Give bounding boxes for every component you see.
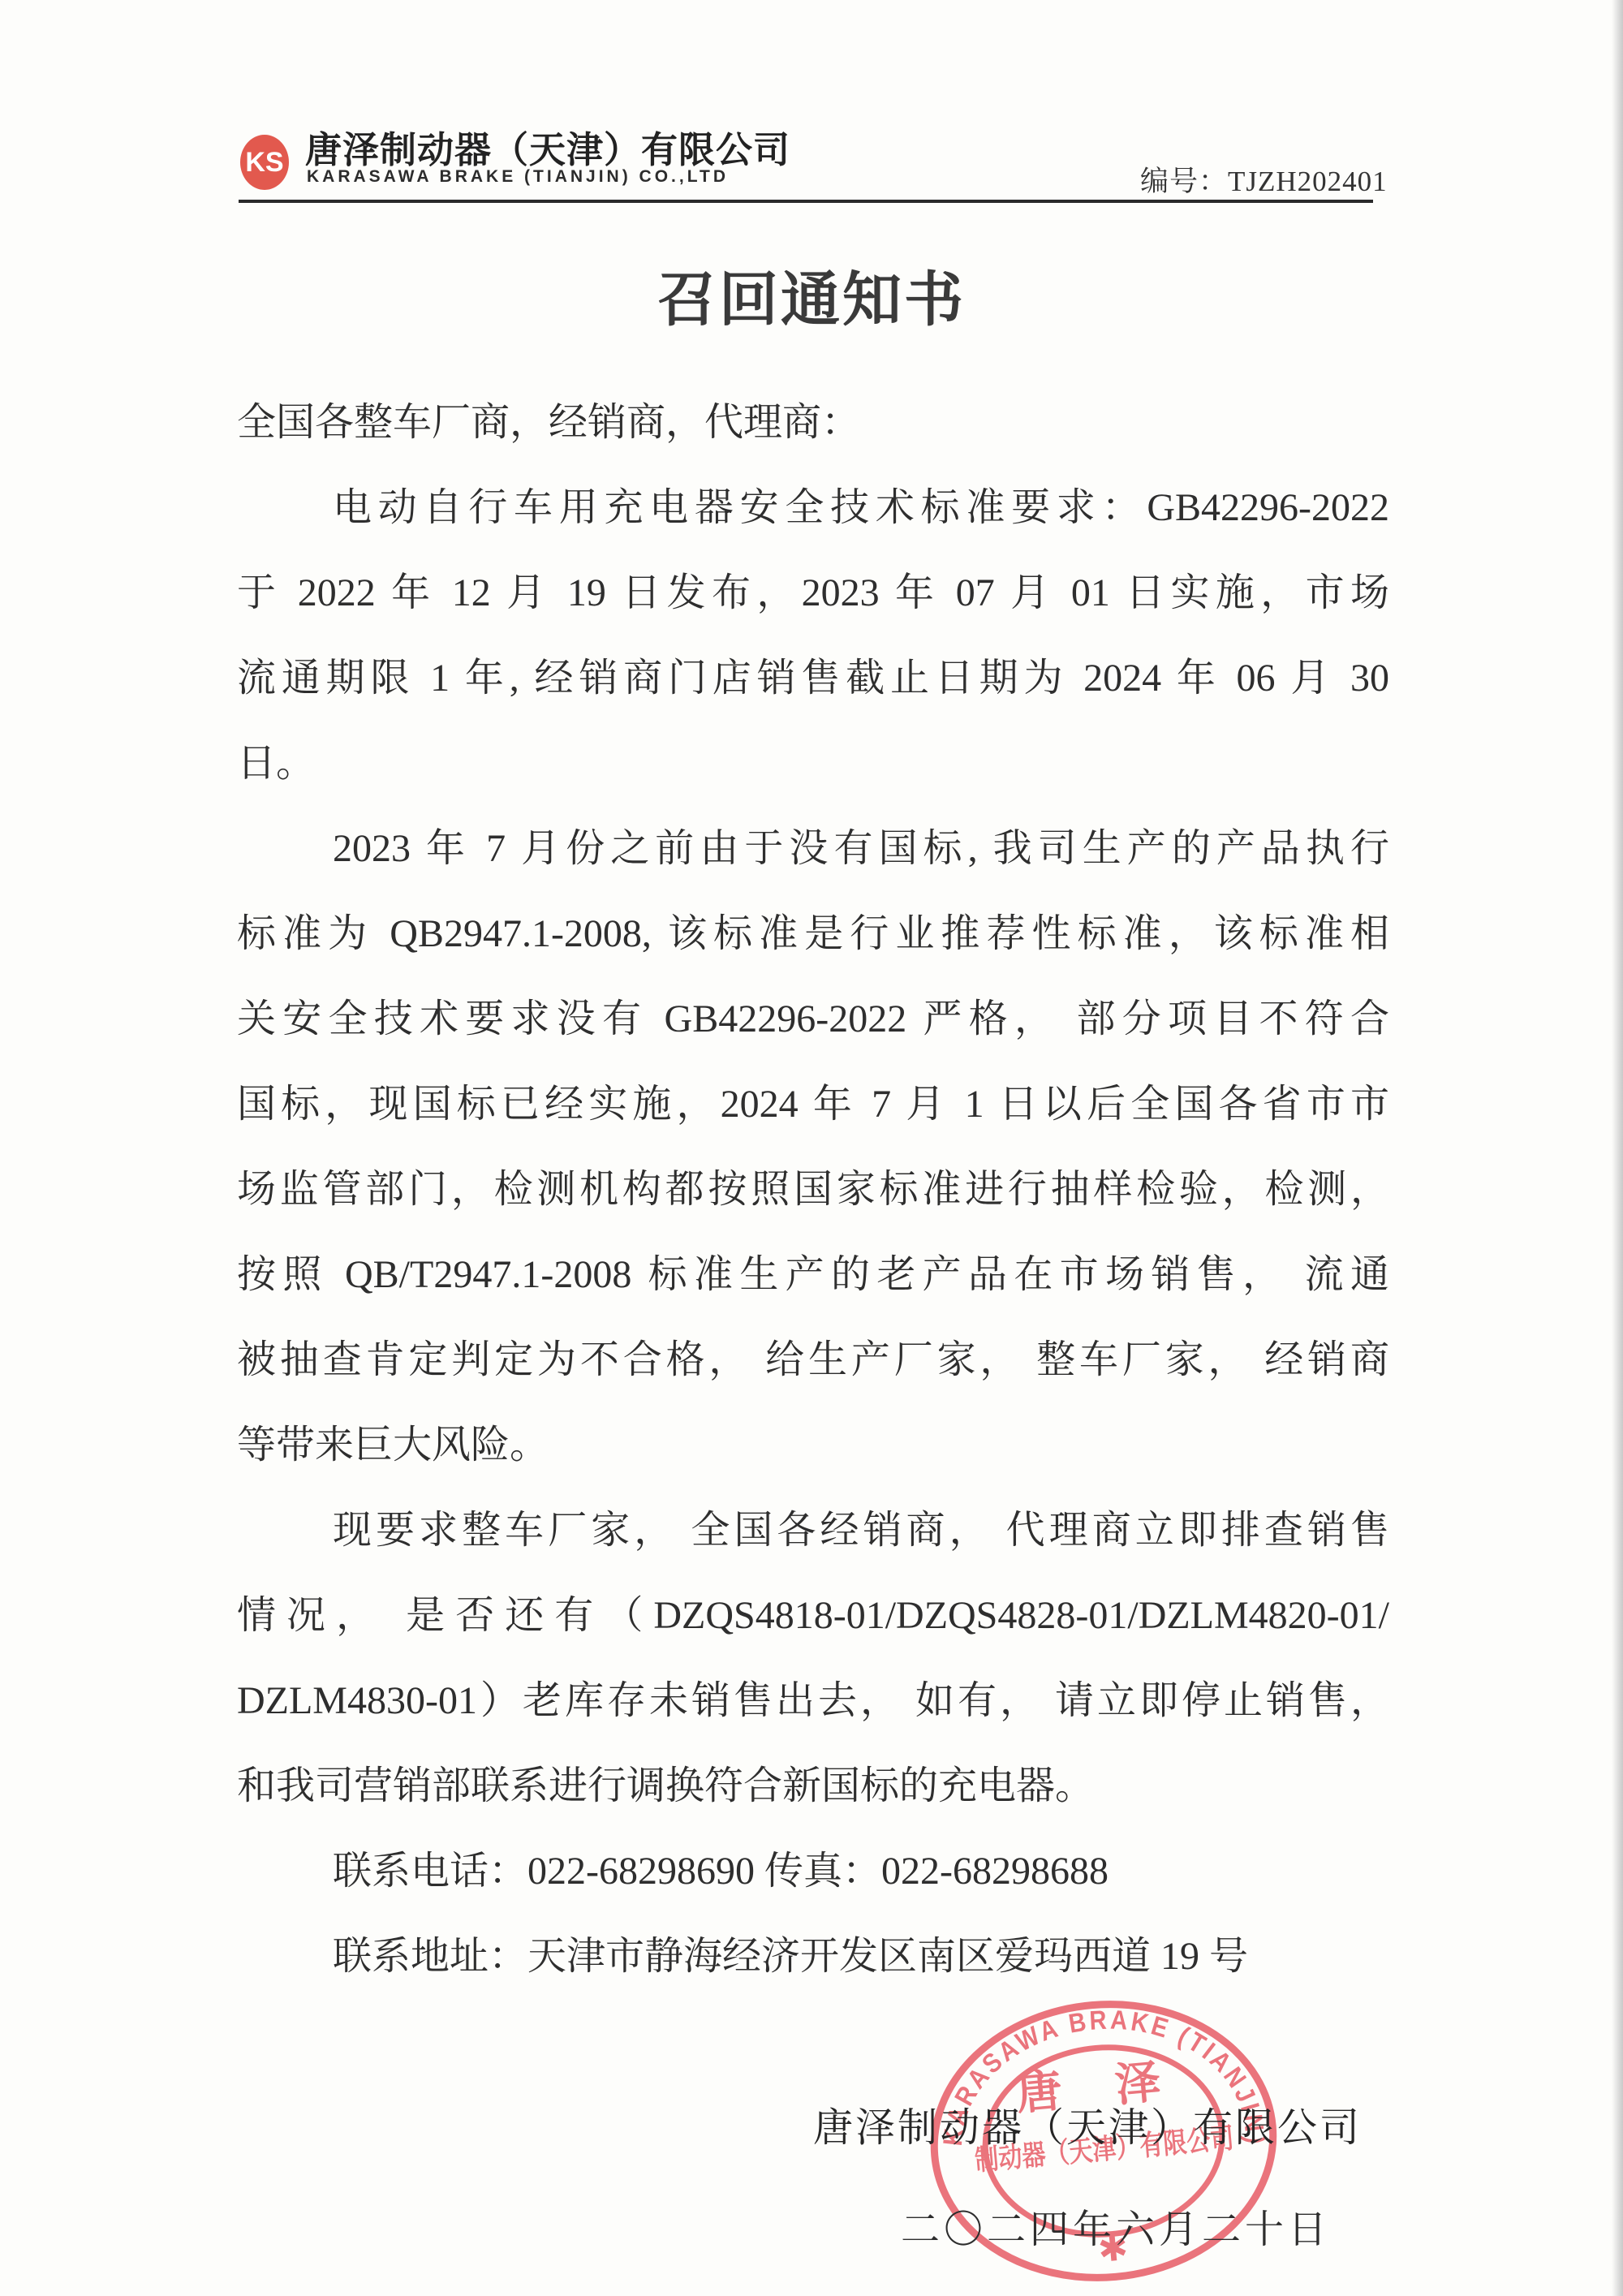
- body-line-17: 和我司营销部联系进行调换符合新国标的充电器。: [237, 1743, 1389, 1829]
- header-divider: [239, 200, 1373, 203]
- body-line-1: 全国各整车厂商，经销商，代理商：: [237, 380, 1389, 465]
- body-line-9: 国标，现国标已经实施，2024 年 7 月 1 日以后全国各省市市: [237, 1062, 1389, 1147]
- document-body: 全国各整车厂商，经销商，代理商： 电动自行车用充电器安全技术标准要求：GB422…: [237, 380, 1389, 1999]
- body-line-6: 2023 年 7 月份之前由于没有国标, 我司生产的产品执行: [237, 806, 1389, 891]
- body-line-16: DZLM4830-01）老库存未销售出去， 如有， 请立即停止销售，: [237, 1658, 1389, 1743]
- document-number: 编号：TJZH202401: [1140, 159, 1481, 200]
- body-line-13: 等带来巨大风险。: [237, 1402, 1389, 1488]
- body-line-5: 日。: [237, 721, 1389, 806]
- body-line-14: 现要求整车厂家， 全国各经销商， 代理商立即排查销售: [237, 1488, 1389, 1573]
- company-name-en: KARASAWA BRAKE (TIANJIN) CO.,LTD: [307, 167, 794, 187]
- body-line-4: 流通期限 1 年, 经销商门店销售截止日期为 2024 年 06 月 30: [237, 635, 1389, 721]
- body-line-7: 标准为 QB2947.1-2008, 该标准是行业推荐性标准，该标准相: [237, 891, 1389, 976]
- body-line-3: 于 2022 年 12 月 19 日发布，2023 年 07 月 01 日实施，…: [237, 550, 1389, 635]
- body-line-12: 被抽查肯定判定为不合格， 给生产厂家， 整车厂家， 经销商: [237, 1317, 1389, 1402]
- document-title: 召回通知书: [0, 252, 1623, 337]
- body-line-15: 情况， 是否还有（DZQS4818-01/DZQS4828-01/DZLM482…: [237, 1573, 1389, 1658]
- contact-phone-line: 联系电话：022-68298690 传真：022-68298688: [237, 1829, 1389, 1914]
- body-line-11: 按照 QB/T2947.1-2008 标准生产的老产品在市场销售， 流通: [237, 1232, 1389, 1317]
- recall-notice-page: { "header": { "logo": { "monogram": "KS"…: [0, 0, 1623, 2296]
- signature-date: 二〇二四年六月二十日: [901, 2198, 1420, 2254]
- logo-monogram: KS: [245, 147, 283, 178]
- scan-edge-shadow: [1612, 0, 1623, 2296]
- body-line-10: 场监管部门，检测机构都按照国家标准进行抽样检验，检测，: [237, 1147, 1389, 1232]
- company-name-cn: 唐泽制动器（天津）有限公司: [305, 120, 792, 173]
- body-line-8: 关安全技术要求没有 GB42296-2022 严格， 部分项目不符合: [237, 976, 1389, 1062]
- company-logo: KS: [239, 133, 291, 192]
- signature-company: 唐泽制动器（天津）有限公司: [813, 2096, 1430, 2153]
- body-line-2: 电动自行车用充电器安全技术标准要求：GB42296-2022: [237, 465, 1389, 550]
